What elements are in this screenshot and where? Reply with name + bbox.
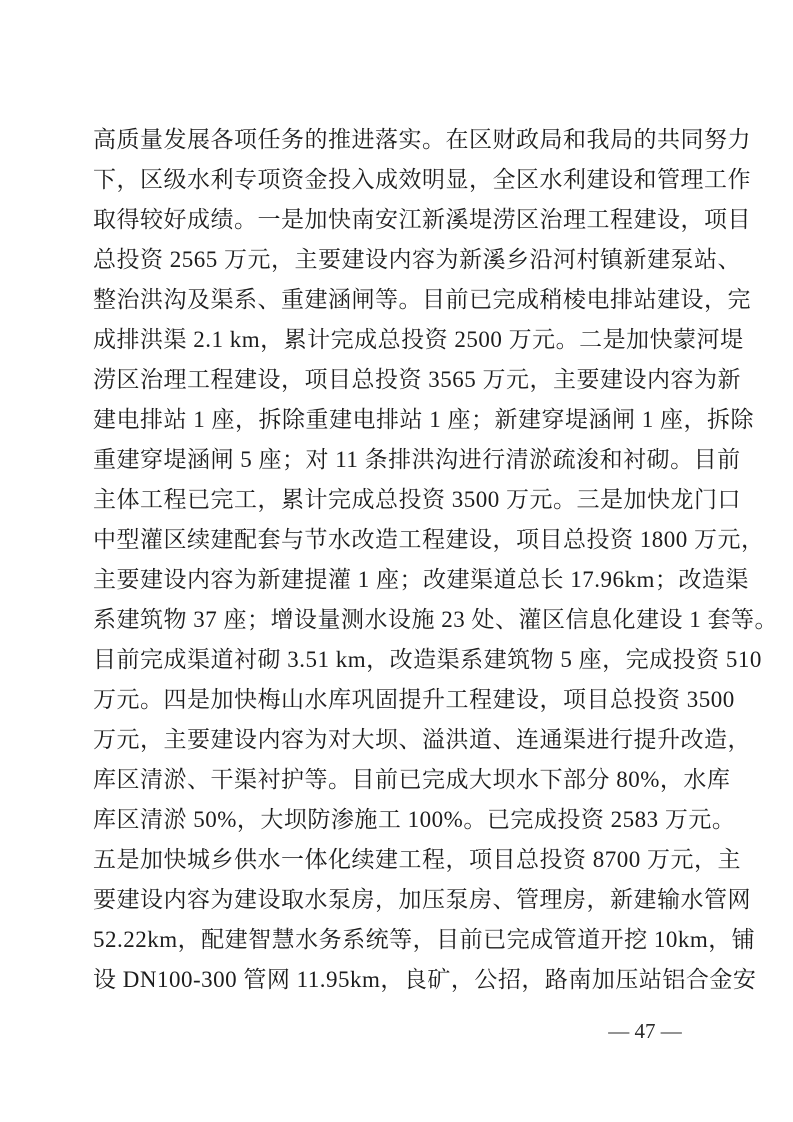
text-line: 目前完成渠道衬砌 3.51 km，改造渠系建筑物 5 座，完成投资 510 [93, 640, 697, 680]
page-number: — 47 — [600, 1018, 690, 1044]
text-line: 高质量发展各项任务的推进落实。在区财政局和我局的共同努力 [93, 120, 697, 160]
text-line: 库区清淤、干渠衬护等。目前已完成大坝水下部分 80%，水库 [93, 760, 697, 800]
text-line: 要建设内容为建设取水泵房，加压泵房、管理房，新建输水管网 [93, 880, 697, 920]
text-line: 五是加快城乡供水一体化续建工程，项目总投资 8700 万元，主 [93, 840, 697, 880]
text-line: 整治洪沟及渠系、重建涵闸等。目前已完成稍棱电排站建设，完 [93, 280, 697, 320]
document-page: 高质量发展各项任务的推进落实。在区财政局和我局的共同努力 下，区级水利专项资金投… [0, 0, 793, 1122]
text-line: 52.22km，配建智慧水务系统等，目前已完成管道开挖 10km，铺 [93, 920, 697, 960]
text-line: 库区清淤 50%，大坝防渗施工 100%。已完成投资 2583 万元。 [93, 800, 697, 840]
text-line: 建电排站 1 座，拆除重建电排站 1 座；新建穿堤涵闸 1 座，拆除 [93, 400, 697, 440]
text-line: 涝区治理工程建设，项目总投资 3565 万元，主要建设内容为新 [93, 360, 697, 400]
text-line: 中型灌区续建配套与节水改造工程建设，项目总投资 1800 万元， [93, 520, 697, 560]
text-line: 总投资 2565 万元，主要建设内容为新溪乡沿河村镇新建泵站、 [93, 240, 697, 280]
body-text-block: 高质量发展各项任务的推进落实。在区财政局和我局的共同努力 下，区级水利专项资金投… [93, 120, 697, 1000]
text-line: 取得较好成绩。一是加快南安江新溪堤涝区治理工程建设，项目 [93, 200, 697, 240]
text-line: 主要建设内容为新建提灌 1 座；改建渠道总长 17.96km；改造渠 [93, 560, 697, 600]
text-line: 成排洪渠 2.1 km，累计完成总投资 2500 万元。二是加快蒙河堤 [93, 320, 697, 360]
text-line: 主体工程已完工，累计完成总投资 3500 万元。三是加快龙门口 [93, 480, 697, 520]
text-line: 设 DN100-300 管网 11.95km，良矿，公招，路南加压站铝合金安 [93, 960, 697, 1000]
text-line: 下，区级水利专项资金投入成效明显，全区水利建设和管理工作 [93, 160, 697, 200]
text-line: 重建穿堤涵闸 5 座；对 11 条排洪沟进行清淤疏浚和衬砌。目前 [93, 440, 697, 480]
text-line: 万元。四是加快梅山水库巩固提升工程建设，项目总投资 3500 [93, 680, 697, 720]
text-line: 万元，主要建设内容为对大坝、溢洪道、连通渠进行提升改造， [93, 720, 697, 760]
text-line: 系建筑物 37 座；增设量测水设施 23 处、灌区信息化建设 1 套等。 [93, 600, 697, 640]
